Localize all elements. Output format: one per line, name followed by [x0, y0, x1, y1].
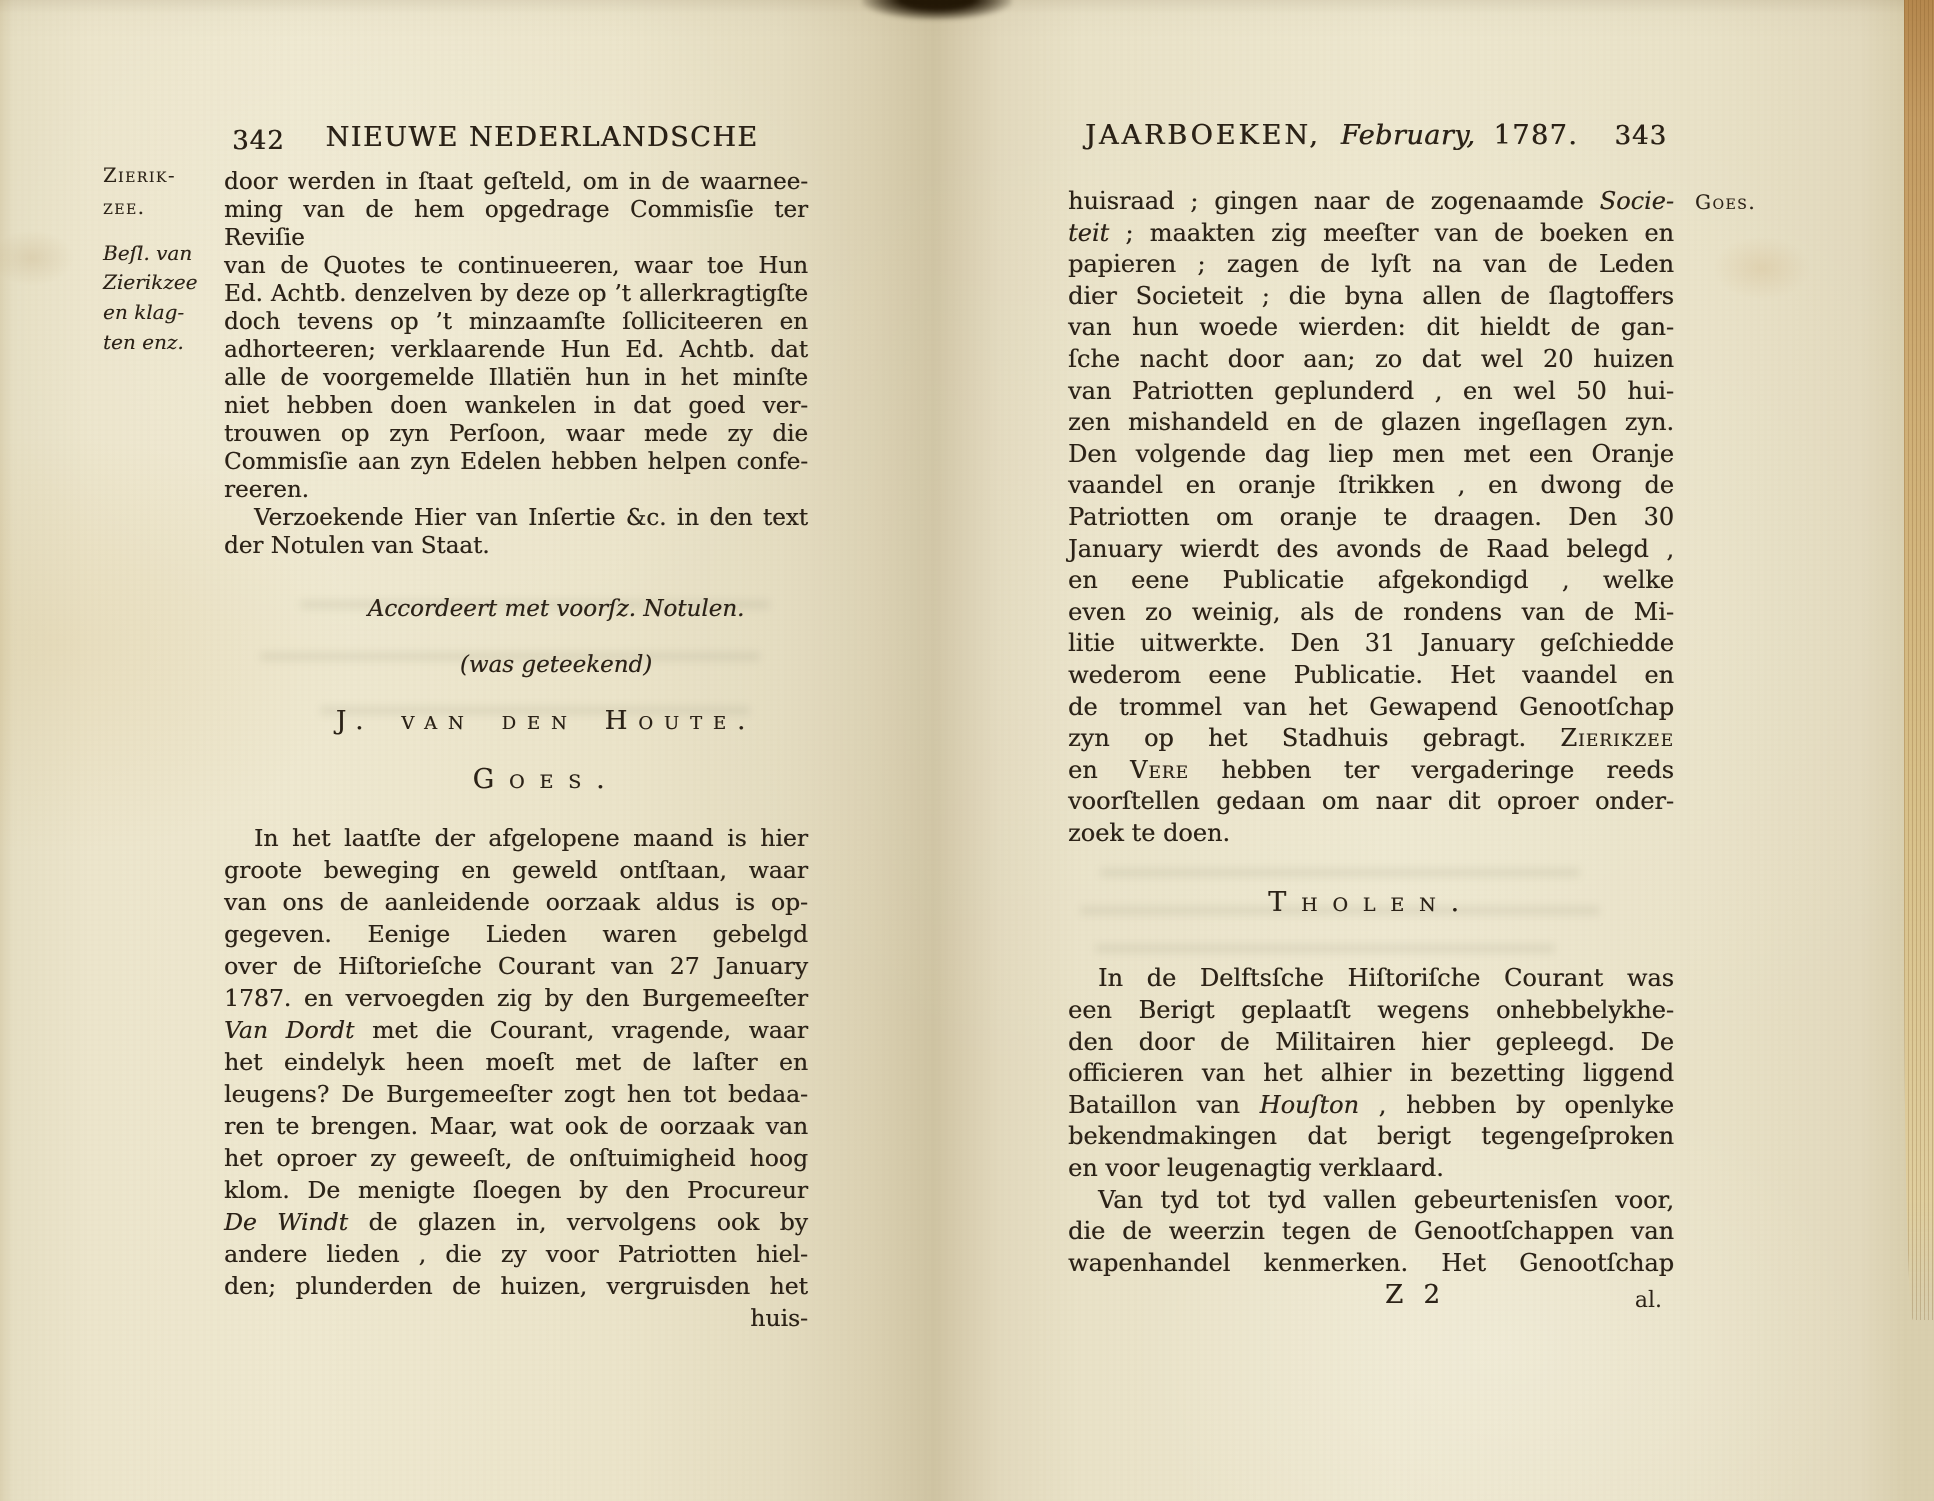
text-line: trouwen op zyn Perſoon, waar mede zy die: [224, 420, 808, 448]
text-line: andere lieden , die zy voor Patriotten h…: [224, 1238, 808, 1270]
text-line: van Patriotten geplunderd , en wel 50 hu…: [1068, 376, 1674, 408]
text-line: Van Dordt met die Courant, vragende, waa…: [224, 1014, 808, 1046]
text-line: Ed. Achtb. denzelven by deze op ’t aller…: [224, 280, 808, 308]
text-line: Bataillon van Houſton , hebben by openly…: [1068, 1090, 1674, 1122]
text-line: (was geteekend): [264, 650, 848, 680]
text-line: Goes.: [254, 762, 838, 798]
text-line: Accordeert met voorſz. Notulen.: [264, 594, 848, 624]
text-line: adhorteeren; verklaarende Hun Ed. Achtb.…: [224, 336, 808, 364]
right-title-month: February,: [1341, 120, 1476, 151]
text-line: ren te brengen. Maar, wat ook de oorzaak…: [224, 1110, 808, 1142]
margin-note: Zierikzee: [103, 271, 233, 293]
small-caps-text: Vere: [1130, 756, 1189, 784]
text-line: vaandel en oranje ſtrikken , en dwong de: [1068, 470, 1674, 502]
text-line: den door de Militairen hier gepleegd. De: [1068, 1027, 1674, 1059]
text-line: niet hebben doen wankelen in dat goed ve…: [224, 392, 808, 420]
text-line: van hun woede wierden: dit hieldt de gan…: [1068, 312, 1674, 344]
text-line: en eene Publicatie afgekondigd , welke: [1068, 565, 1674, 597]
text-line: Tholen.: [1068, 885, 1674, 921]
text-line: wapenhandel kenmerken. Het Genootſchap: [1068, 1248, 1674, 1280]
text-line: ming van de hem opgedrage Commisſie ter …: [224, 196, 808, 252]
text-line: litie uitwerkte. Den 31 January geſchied…: [1068, 628, 1674, 660]
text-line: der Notulen van Staat.: [224, 532, 808, 560]
text-line: In het laatſte der afgelopene maand is h…: [224, 822, 808, 854]
text-line: In de Delftsſche Hiſtoriſche Courant was: [1068, 963, 1674, 995]
italic-text: Van Dordt: [224, 1016, 354, 1044]
margin-note-goes: Goes.: [1695, 190, 1756, 214]
text-line: het eindelyk heen moeſt met de laſter en: [224, 1046, 808, 1078]
text-line: January wierdt des avonds de Raad belegd…: [1068, 534, 1674, 566]
text-line: en voor leugenagtig verklaard.: [1068, 1153, 1674, 1185]
left-running-title: NIEUWE NEDERLANDSCHE: [250, 122, 834, 153]
text-line: zyn op het Stadhuis gebragt. Zierikzee: [1068, 723, 1674, 755]
text-line: Verzoekende Hier van Inſertie &c. in den…: [224, 504, 808, 532]
text-line: 1787. en vervoegden zig by den Burgemeeſ…: [224, 982, 808, 1014]
text-line: De Windt de glazen in, vervolgens ook by: [224, 1206, 808, 1238]
text-line: van ons de aanleidende oorzaak aldus is …: [224, 886, 808, 918]
text-line: gegeven. Eenige Lieden waren gebelgd: [224, 918, 808, 950]
text-line: Commisſie aan zyn Edelen hebben helpen c…: [224, 448, 808, 476]
small-caps-text: Zierikzee: [1560, 724, 1674, 752]
text-line: door werden in ſtaat geſteld, om in de w…: [224, 168, 808, 196]
right-title-year: 1787.: [1493, 120, 1578, 151]
text-line: die de weerzin tegen de Genootſchappen v…: [1068, 1216, 1674, 1248]
left-page-text-column: door werden in ſtaat geſteld, om in de w…: [224, 168, 808, 1334]
margin-note: ten enz.: [103, 331, 233, 353]
text-line: bekendmakingen dat berigt tegengeſproken: [1068, 1121, 1674, 1153]
italic-text: Socie-: [1600, 187, 1674, 215]
text-line: teit ; maakten zig meeſter van de boeken…: [1068, 218, 1674, 250]
text-line: de trommel van het Gewapend Genootſchap: [1068, 692, 1674, 724]
text-line: en Vere hebben ter vergaderinge reeds: [1068, 755, 1674, 787]
right-page-number: 343: [1614, 121, 1667, 151]
margin-note: Beſl. van: [103, 242, 233, 264]
text-line: wederom eene Publicatie. Het vaandel en: [1068, 660, 1674, 692]
text-line: Den volgende dag liep men met een Oranje: [1068, 439, 1674, 471]
margin-note: zee.: [103, 197, 233, 219]
right-title-caps: JAARBOEKEN,: [1085, 120, 1321, 151]
text-line: even zo weinig, als de rondens van de Mi…: [1068, 597, 1674, 629]
text-line: huis-: [224, 1302, 808, 1334]
right-running-title: JAARBOEKEN, February, 1787. 343: [1085, 120, 1667, 151]
italic-text: teit: [1068, 219, 1109, 247]
italic-text: De Windt: [224, 1208, 348, 1236]
spine-headband: [862, 0, 1012, 20]
text-line: papieren ; zagen de lyſt na van de Leden: [1068, 249, 1674, 281]
text-line: leugens? De Burgemeeſter zogt hen tot be…: [224, 1078, 808, 1110]
text-line: huisraad ; gingen naar de zogenaamde Soc…: [1068, 186, 1674, 218]
page-edge-stack: [1904, 0, 1934, 1320]
text-line: officieren van het alhier in bezetting l…: [1068, 1058, 1674, 1090]
text-line: over de Hiſtorieſche Courant van 27 Janu…: [224, 950, 808, 982]
text-line: het oproer zy geweeſt, de onſtuimigheid …: [224, 1142, 808, 1174]
italic-text: Houſton: [1260, 1091, 1359, 1119]
signature-mark: Z 2: [1385, 1280, 1446, 1310]
book-scan: 342 NIEUWE NEDERLANDSCHE JAARBOEKEN, Feb…: [0, 0, 1934, 1501]
text-line: ſche nacht door aan; zo dat wel 20 huize…: [1068, 344, 1674, 376]
text-line: doch tevens op ’t minzaamſte ſolliciteer…: [224, 308, 808, 336]
text-line: alle de voorgemelde Illatiën hun in het …: [224, 364, 808, 392]
right-page-text-column: huisraad ; gingen naar de zogenaamde Soc…: [1068, 186, 1674, 1279]
text-line: zoek te doen.: [1068, 818, 1674, 850]
text-line: Patriotten om oranje te draagen. Den 30: [1068, 502, 1674, 534]
text-line: den; plunderden de huizen, vergruisden h…: [224, 1270, 808, 1302]
text-line: J. van den Houte.: [254, 704, 838, 738]
text-line: zen mishandeld en de glazen ingeſlagen z…: [1068, 407, 1674, 439]
text-line: van de Quotes te continueeren, waar toe …: [224, 252, 808, 280]
text-line: een Berigt geplaatſt wegens onhebbelykhe…: [1068, 995, 1674, 1027]
text-line: groote beweging en geweld ontſtaan, waar: [224, 854, 808, 886]
margin-note: en klag-: [103, 301, 233, 323]
text-line: Van tyd tot tyd vallen gebeurtenisſen vo…: [1068, 1185, 1674, 1217]
text-line: dier Societeit ; die byna allen de ſlagt…: [1068, 281, 1674, 313]
text-line: voorſtellen gedaan om naar dit oproer on…: [1068, 786, 1674, 818]
text-line: klom. De menigte ſloegen by den Procureu…: [224, 1174, 808, 1206]
margin-note: Zierik-: [103, 165, 233, 187]
text-line: reeren.: [224, 476, 808, 504]
catchword: al.: [1600, 1288, 1662, 1313]
